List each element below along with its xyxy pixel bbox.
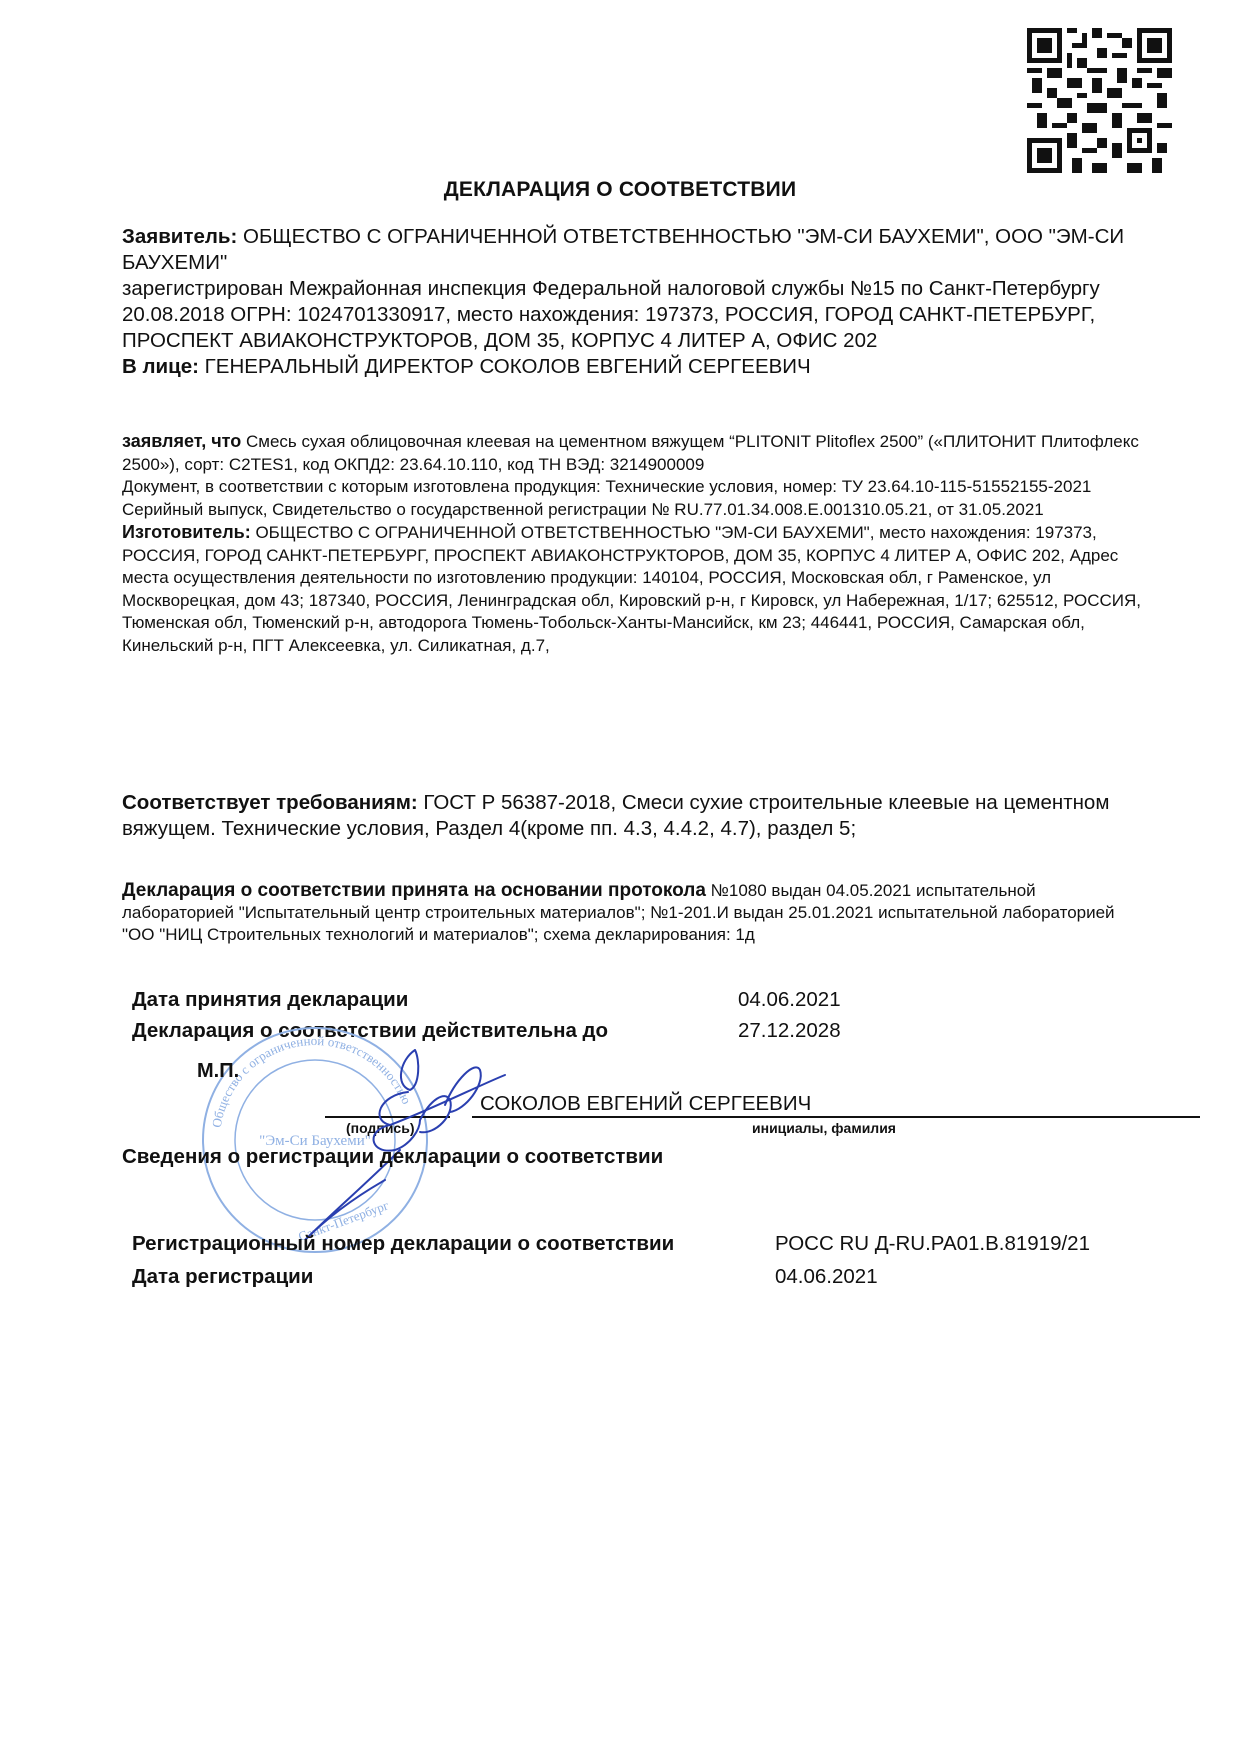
declares-label: заявляет, что	[122, 431, 241, 451]
applicant-label: Заявитель:	[122, 225, 237, 248]
seal-label: М.П.	[197, 1060, 239, 1083]
declares-document: Документ, в соответствии с которым изгот…	[122, 477, 1091, 496]
valid-until-value: 27.12.2028	[738, 1019, 841, 1043]
accepted-date-label: Дата принятия декларации	[132, 988, 408, 1012]
conformity-section: Соответствует требованиям: ГОСТ Р 56387-…	[122, 790, 1122, 842]
represented-by-value: ГЕНЕРАЛЬНЫЙ ДИРЕКТОР СОКОЛОВ ЕВГЕНИЙ СЕР…	[199, 355, 811, 378]
applicant-name: ОБЩЕСТВО С ОГРАНИЧЕННОЙ ОТВЕТСТВЕННОСТЬЮ…	[122, 225, 1124, 274]
applicant-registration: зарегистрирован Межрайонная инспекция Фе…	[122, 277, 1100, 352]
name-line	[472, 1116, 1200, 1118]
applicant-section: Заявитель: ОБЩЕСТВО С ОГРАНИЧЕННОЙ ОТВЕТ…	[122, 224, 1162, 380]
declares-section: заявляет, что Смесь сухая облицовочная к…	[122, 430, 1162, 657]
page-title: ДЕКЛАРАЦИЯ О СООТВЕТСТВИИ	[0, 178, 1240, 202]
conformity-label: Соответствует требованиям:	[122, 791, 418, 814]
registration-number-label: Регистрационный номер декларации о соотв…	[132, 1232, 674, 1256]
name-caption: инициалы, фамилия	[752, 1120, 896, 1136]
registration-heading: Сведения о регистрации декларации о соот…	[122, 1145, 663, 1169]
basis-label: Декларация о соответствии принята на осн…	[122, 880, 706, 901]
represented-by-label: В лице:	[122, 355, 199, 378]
qr-code-icon	[1027, 28, 1172, 173]
manufacturer-label: Изготовитель:	[122, 522, 251, 542]
signer-name: СОКОЛОВ ЕВГЕНИЙ СЕРГЕЕВИЧ	[480, 1092, 811, 1116]
basis-section: Декларация о соответствии принята на осн…	[122, 880, 1132, 946]
registration-number-value: РОСС RU Д-RU.PA01.B.81919/21	[775, 1232, 1090, 1256]
manufacturer-value: ОБЩЕСТВО С ОГРАНИЧЕННОЙ ОТВЕТСТВЕННОСТЬЮ…	[122, 523, 1141, 655]
accepted-date-value: 04.06.2021	[738, 988, 841, 1012]
declares-product: Смесь сухая облицовочная клеевая на цеме…	[122, 432, 1139, 474]
registration-date-value: 04.06.2021	[775, 1265, 878, 1289]
declares-serial: Серийный выпуск, Свидетельство о государ…	[122, 500, 1044, 519]
registration-date-label: Дата регистрации	[132, 1265, 313, 1289]
